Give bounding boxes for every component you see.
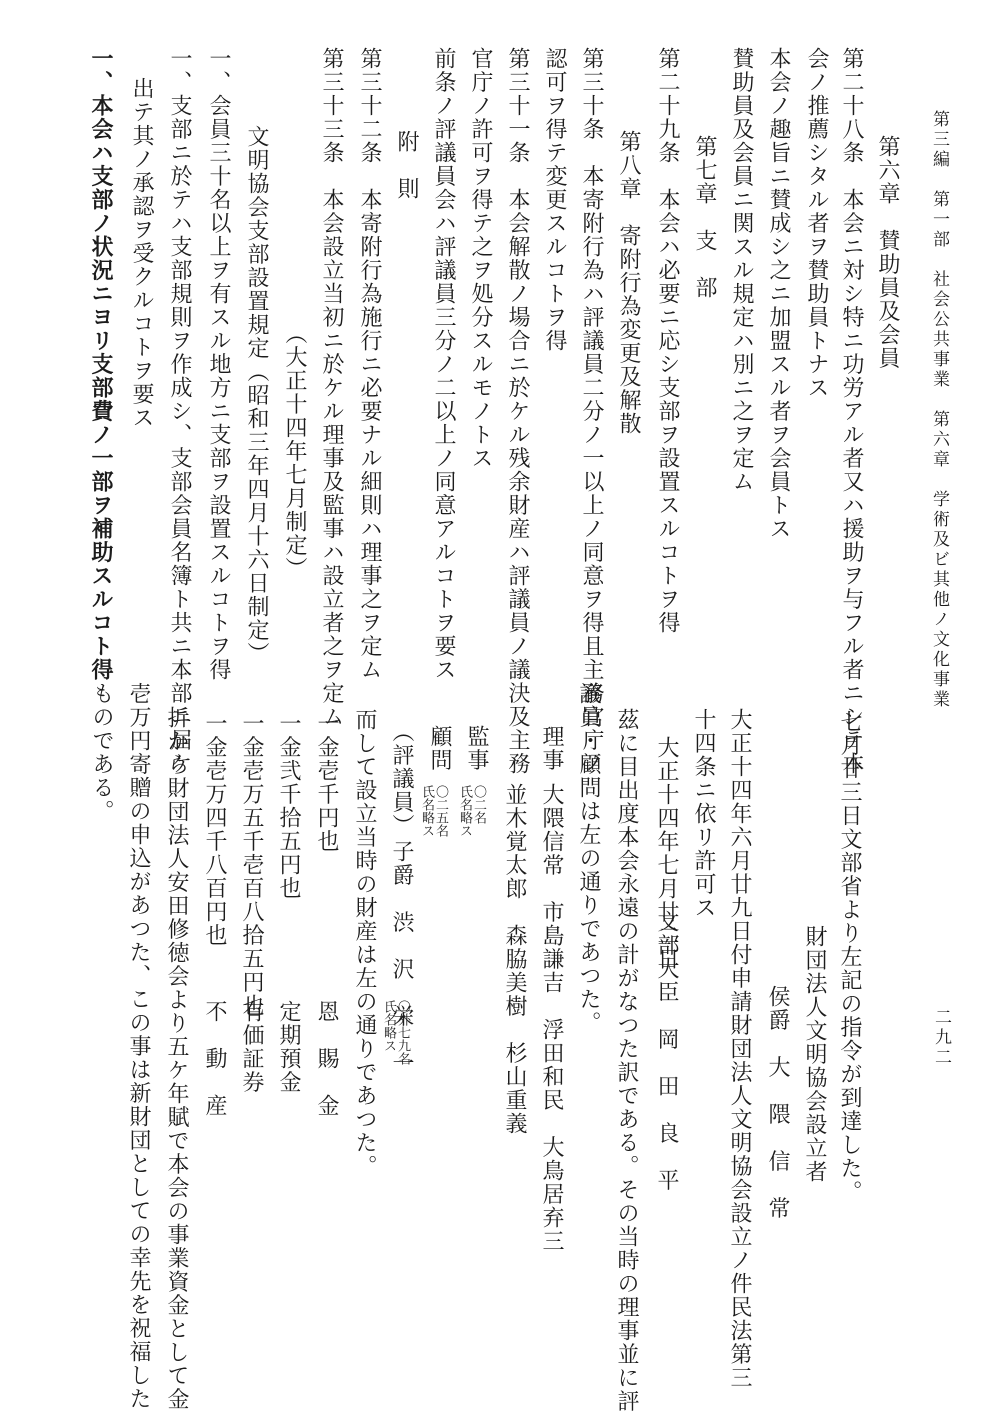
article-30: 第三十条 本寄附行為ハ評議員二分ノ一以上ノ同意ヲ得且主務官庁ノ [580,47,602,776]
article-28-para3: 賛助員及会員ニ関スル規定ハ別ニ之ヲ定ム [730,47,752,494]
directive-line-2: 十四条ニ依リ許可ス [692,708,714,920]
advisors-label: 顧問 [428,725,450,772]
directors-row-1: 大隈信常 市島謙吉 浮田和民 大鳥居弃三 [540,783,562,1253]
minister-signature: 文部大臣 岡 田 良 平 [655,910,677,1192]
directors-row-2: 並木覚太郎 森脇美樹 杉山重義 [503,783,525,1136]
auditors-note: 〇二名 氏名略ス [458,785,485,837]
directors-label: 理事 [540,725,562,772]
paragraph-2c: ものである。 [90,682,112,823]
article-28-cont: 会ノ推薦シタル者ヲ賛助員トナス [805,47,827,400]
directive-line-1: 大正十四年六月廿九日付申請財団法人文明協会設立ノ件民法第三 [728,708,750,1390]
enactment-date: （大正十四年七月制定） [283,322,305,581]
article-29: 第二十九条 本会ハ必要ニ応シ支部ヲ設置スルコトヲ得 [656,47,678,635]
article-30-cont: 認可ヲ得テ変更スルコトヲ得 [543,47,565,353]
branch-rule-2-cont: 出テ其ノ承認ヲ受クルコトヲ要ス [130,77,152,430]
page-number: 二九二 [932,1008,949,1068]
asset-amount: 一金壱万五千壱百八拾五円也 [240,712,262,1018]
article-31-para2: 前条ノ評議員会ハ評議員三分ノ二以上ノ同意アルコトヲ要ス [432,47,454,682]
supplementary-heading: 附 則 [395,130,417,201]
article-31-cont: 官庁ノ許可ヲ得テ之ヲ処分スルモノトス [469,47,491,470]
councillors-label: （評議員） [390,720,412,838]
paragraph-2a: 折から財団法人安田修徳会より五ケ年賦で本会の事業資金として金 [165,706,187,1411]
running-head: 第三編 第一部 社会公共事業 第六章 学術及ビ其他ノ文化事業 [930,110,947,710]
branch-regulation-title: 文明協会支部設置規定（昭和三年四月十六日制定） [245,125,267,666]
paragraph-1b: 議員・顧問は左の通りであつた。 [577,682,599,1035]
asset-amount: 一金壱千円也 [315,712,337,853]
advisors-note: 〇二五名 氏名略ス [420,785,447,837]
branch-rule-1: 一、会員三十名以上ヲ有スル地方ニ支部ヲ設置スルコトヲ得 [207,47,229,682]
branch-rule-2: 一、支部ニ於テハ支部規則ヲ作成シ、支部会員名簿ト共ニ本部ニ届ケ [168,47,190,776]
asset-type: 定期預金 [277,1000,299,1094]
councillors-note: 〇外七九名 氏名略ス [382,1000,409,1065]
article-28-para2: 本会ノ趣旨ニ賛成シ之ニ加盟スル者ヲ会員トス [767,47,789,541]
auditors-label: 監事 [465,725,487,772]
article-28: 第二十八条 本会ニ対シ特ニ功労アル者又ハ援助ヲ与フル者ニシテ本 [840,47,862,776]
branch-rule-3: 一、本会ハ支部ノ状況ニヨリ支部費ノ一部ヲ補助スルコト得 [90,47,112,682]
article-32: 第三十二条 本寄附行為施行ニ必要ナル細則ハ理事之ヲ定ム [358,47,380,682]
assets-intro: 而して設立当時の財産は左の通りであつた。 [353,708,375,1178]
paragraph-2b: 壱万円寄贈の申込があつた、この事は新財団としての幸先を祝福した [127,682,149,1411]
asset-type: 恩 賜 金 [315,1000,337,1118]
asset-type: 有価証券 [240,1000,262,1094]
article-33: 第三十三条 本会設立当初ニ於ケル理事及監事ハ設立者之ヲ定ム [320,47,342,729]
chapter-heading: 第六章 賛助員及会員 [876,135,898,370]
intro-line: 七月廿三日文部省より左記の指令が到達した。 [838,710,860,1204]
addressee-name: 侯爵 大 隈 信 常 [766,985,788,1220]
chapter-heading: 第七章 支 部 [693,135,715,300]
paragraph-1a: 茲に目出度本会永遠の計がなつた訳である。その当時の理事並に評 [615,708,637,1412]
chapter-heading: 第八章 寄附行為変更及解散 [617,130,639,436]
asset-type: 不 動 産 [203,1000,225,1118]
asset-amount: 一金弐千拾五円也 [277,712,299,900]
addressee: 財団法人文明協会設立者 [803,925,825,1184]
asset-amount: 一金壱万四千八百円也 [203,712,225,947]
article-31: 第三十一条 本会解散ノ場合ニ於ケル残余財産ハ評議員ノ議決及主務 [506,47,528,776]
